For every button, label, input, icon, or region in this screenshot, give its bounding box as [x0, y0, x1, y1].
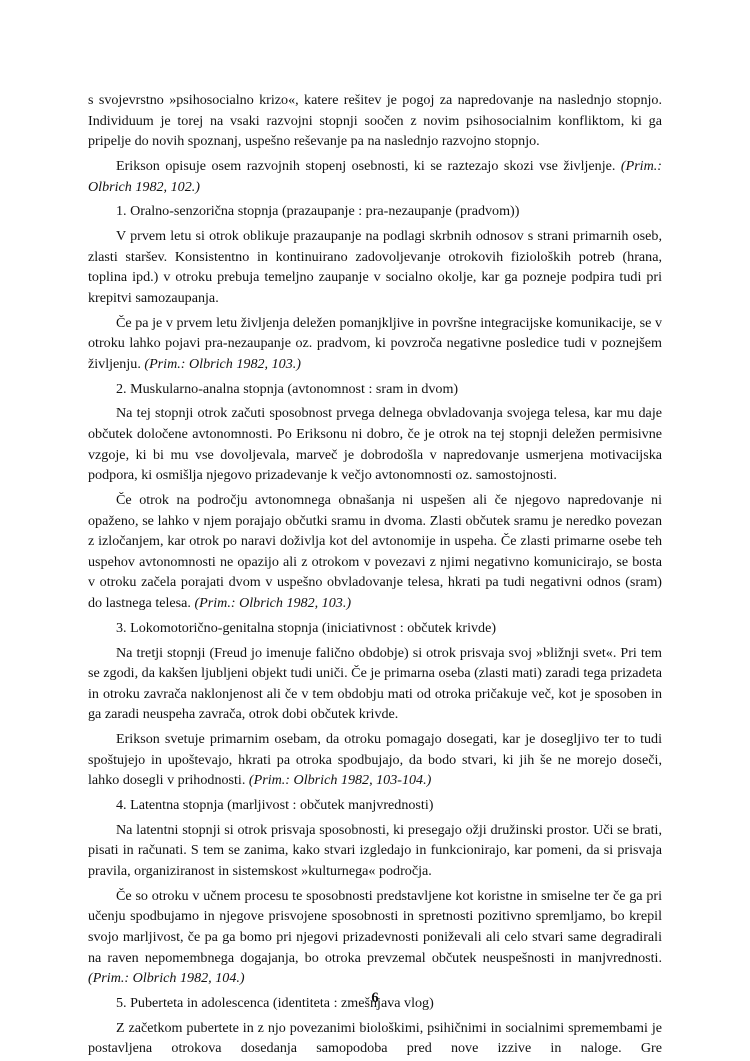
paragraph-text: Na tej stopnji otrok začuti sposobnost p…	[88, 405, 662, 483]
paragraph-stage4-inferiority: Če so otroku v učnem procesu te sposobno…	[88, 886, 662, 989]
citation: (Prim.: Olbrich 1982, 103-104.)	[249, 772, 431, 788]
paragraph-text: V prvem letu si otrok oblikuje prazaupan…	[88, 228, 662, 306]
paragraph-text: Na latentni stopnji si otrok prisvaja sp…	[88, 822, 662, 879]
paragraph-stage3-advice: Erikson svetuje primarnim osebam, da otr…	[88, 729, 662, 791]
paragraph-stage2-autonomy: Na tej stopnji otrok začuti sposobnost p…	[88, 403, 662, 485]
paragraph-stage3-initiative: Na tretji stopnji (Freud jo imenuje fali…	[88, 643, 662, 725]
paragraph-text: Na tretji stopnji (Freud jo imenuje fali…	[88, 645, 662, 723]
paragraph-text: Če otrok na področju avtonomnega obnašan…	[88, 492, 662, 611]
paragraph-stage2-shame: Če otrok na področju avtonomnega obnašan…	[88, 490, 662, 614]
citation: (Prim.: Olbrich 1982, 103.)	[194, 595, 351, 611]
paragraph-stage1-mistrust: Če pa je v prvem letu življenja deležen …	[88, 313, 662, 375]
paragraph-text: Če so otroku v učnem procesu te sposobno…	[88, 888, 662, 966]
paragraph-erikson-stages: Erikson opisuje osem razvojnih stopenj o…	[88, 156, 662, 197]
stage-heading-1: 1. Oralno-senzorična stopnja (prazaupanj…	[88, 201, 662, 222]
paragraph-text: s svojevrstno »psihosocialno krizo«, kat…	[88, 92, 662, 149]
paragraph-text: Erikson opisuje osem razvojnih stopenj o…	[116, 158, 621, 174]
paragraph-crisis-intro: s svojevrstno »psihosocialno krizo«, kat…	[88, 90, 662, 152]
stage-heading-2: 2. Muskularno-analna stopnja (avtonomnos…	[88, 379, 662, 400]
citation: (Prim.: Olbrich 1982, 103.)	[144, 356, 301, 372]
document-page: s svojevrstno »psihosocialno krizo«, kat…	[88, 90, 662, 1061]
stage-heading-3: 3. Lokomotorično-genitalna stopnja (inic…	[88, 618, 662, 639]
paragraph-stage1-trust: V prvem letu si otrok oblikuje prazaupan…	[88, 226, 662, 308]
paragraph-stage5-puberty: Z začetkom pubertete in z njo povezanimi…	[88, 1018, 662, 1059]
paragraph-stage4-industry: Na latentni stopnji si otrok prisvaja sp…	[88, 820, 662, 882]
page-number: 6	[0, 990, 750, 1007]
paragraph-text: Z začetkom pubertete in z njo povezanimi…	[88, 1020, 662, 1057]
citation: (Prim.: Olbrich 1982, 104.)	[88, 970, 245, 986]
stage-heading-4: 4. Latentna stopnja (marljivost : občute…	[88, 795, 662, 816]
